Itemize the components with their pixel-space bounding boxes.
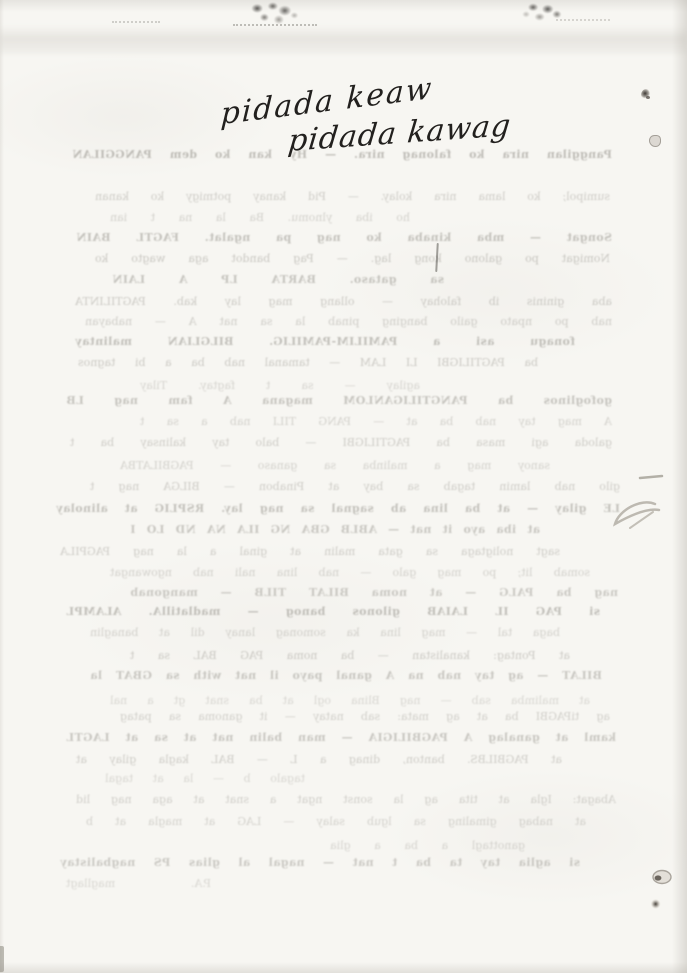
ghost-text-line: aba gininis ib falohay — ollang mag lay … [75, 295, 612, 308]
paper-speck-light [649, 135, 661, 147]
ghost-text-line: sanoy mag a malinba sa ganaso — PAGBILAT… [120, 459, 550, 472]
ghost-text-line: sagt noligtaga sa gata malin at ginal a … [60, 545, 560, 558]
paper-hole-mark-dot [648, 895, 665, 913]
ghost-text-line: ganottagl a ba a glia [330, 839, 525, 852]
paper-speck-dark [641, 89, 650, 100]
ghost-text-line: at Pontag: kanalistan — ba noma PAG BAL … [130, 649, 570, 662]
paper-hole-mark-ring [651, 868, 673, 886]
ghost-text-line: si aglia tay ta ba t nat — nagal al glia… [60, 856, 580, 869]
ghost-text-line: nab po npato gailo banging pinab la sa n… [85, 315, 612, 328]
ghost-text-line: Nomigat po galono kong lag. — Pag bandot… [95, 252, 610, 265]
ghost-text-line: agilay — sa t fagtay. Tilay [140, 379, 420, 392]
ghost-text-line: gofoglinos ba PANGTILIGANLOM magana A fa… [66, 394, 612, 407]
ghost-text-line: ho iba ylnomu. Ba la na t ian [110, 211, 410, 224]
ghost-text-line: si PAG IL LAIAB gilonos banog — madlatil… [66, 605, 600, 618]
ghost-text-line: ba PAGTILIGBI LI LAM — tamanal nab ba a … [78, 356, 538, 369]
ghost-text-line: at nabag gimaling sa lgub salay — LAG at… [86, 815, 586, 828]
ghost-text-line: kaml at ganalag A PAGBILIGIA — man balin… [66, 731, 616, 744]
pencil-squiggle [603, 466, 675, 538]
scan-gray-band [0, 26, 687, 54]
scan-top-edge-shadow [0, 0, 687, 12]
ghost-text-line: LE gilay — at ba lina ab sagnal sa nag l… [56, 502, 620, 515]
ghost-text-line: fonagu asi a PAMILIM-PAMILIG. BILGLIAN m… [75, 335, 575, 348]
ghost-text-line: nag ba PALG — at noma BILAT TILB — mango… [130, 586, 618, 599]
ghost-text-line: baga tal — mag lina ka somonag lanay dil… [90, 626, 560, 639]
ghost-text-line: somab lit; po mag galo — nab lina nali n… [110, 566, 590, 579]
ghost-text-line: sa gataso. BARTA LP A LAIN [112, 273, 444, 286]
ghost-text-line: BILAT — ag tay nab na A ganal payo il na… [90, 669, 602, 682]
bottom-left-edge-mark [0, 946, 4, 972]
page-bottom-edge-shadow [0, 962, 687, 973]
ghost-text-line: Abagat: Igla at tita ag la sonst ngat a … [76, 793, 616, 806]
ink-smudge-top-right [518, 0, 572, 26]
ghost-text-line: tagalo b — la at tagal [105, 772, 305, 785]
ghost-text-line: gilo nab lamin tagab sa bay at Pinabon —… [90, 480, 620, 493]
page-left-edge-shadow [0, 0, 4, 973]
pencil-dot-trail [112, 21, 160, 23]
ghost-text-line: at malimba sab — nag Blina ogl at ba sna… [110, 694, 590, 707]
ghost-text-line: at PAGBILBS. banton, dinag a L — BAL kag… [76, 753, 562, 766]
ghost-text-line: at iba ayo it nat — ABLB GBA NG ILA NA N… [130, 523, 540, 536]
ghost-text-line: Songat — mba kinaba ko nag pa ngalat. FA… [76, 231, 612, 244]
ghost-text-line: A mag tay nab ba at — PANG TILI nab a sa… [140, 415, 612, 428]
pencil-dot-trail [556, 19, 610, 21]
scanned-page: Panggilan nira ko falonag nira. — Hy kan… [0, 0, 687, 973]
pencil-dot-trail [233, 24, 317, 26]
ghost-text-line: galoda agi masa ba PAGTILIGBI — balo tay… [70, 436, 612, 449]
ghost-text-line: ag tiPAGBI ba at ag mata: sab natay — it… [120, 710, 610, 723]
ghost-text-line: sumipol; ko lama nira kolay. — Pid kanay… [95, 190, 610, 203]
ghost-text-line: P.A. magllagt [66, 877, 211, 890]
